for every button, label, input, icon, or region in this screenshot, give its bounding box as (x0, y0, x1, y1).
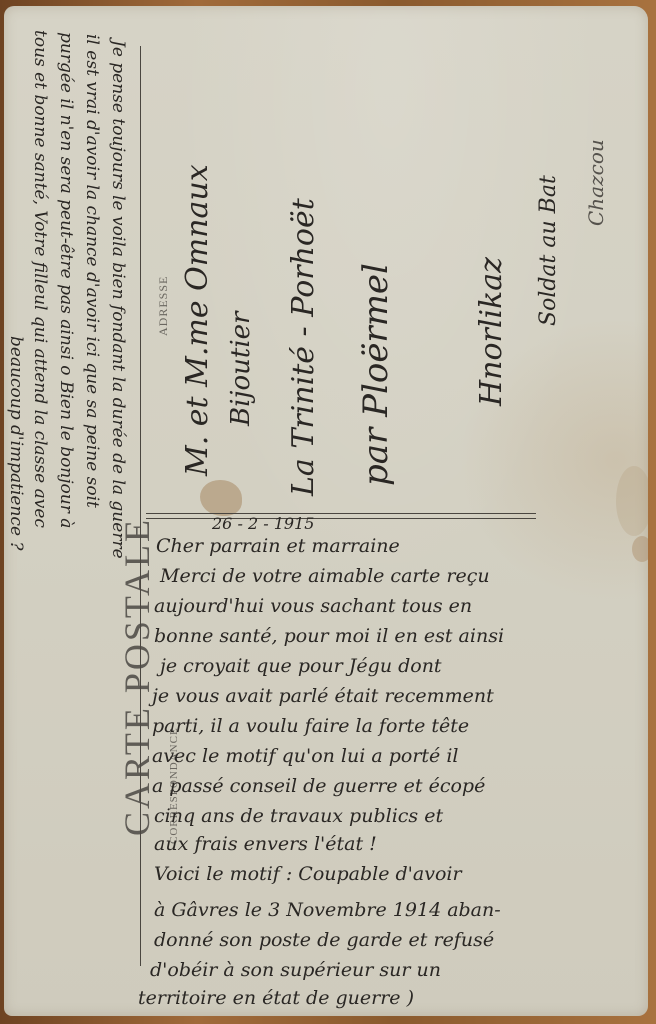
margin-text-line: tous et bonne santé, Votre filleul qui a… (30, 30, 50, 528)
horizontal-divider (146, 518, 536, 519)
message-line: d'obéir à son supérieur sur un (150, 958, 441, 982)
message-line: je vous avait parlé était recemment (152, 684, 494, 708)
message-line: donné son poste de garde et refusé (154, 928, 494, 952)
sender-line-3: Chazcou (584, 139, 608, 226)
address-label: ADRESSE (156, 276, 171, 336)
message-line: Voici le motif : Coupable d'avoir (154, 862, 462, 886)
address-line-3: La Trinité - Porhoët (286, 198, 321, 496)
margin-text-line: Je pense toujours le voila bien fondant … (108, 40, 128, 559)
message-line: a passé conseil de guerre et écopé (152, 774, 485, 798)
margin-text-line: beaucoup d'impatience ? (6, 336, 26, 551)
message-line: aux frais envers l'état ! (154, 832, 377, 856)
message-line: Merci de votre aimable carte reçu (160, 564, 490, 588)
postcard: Je pense toujours le voila bien fondant … (4, 6, 648, 1016)
message-date: 26 - 2 - 1915 (212, 514, 314, 533)
message-line: parti, il a voulu faire la forte tête (152, 714, 469, 738)
message-line: je croyait que pour Jégu dont (160, 654, 442, 678)
sender-line-1: Hnorlikaz (474, 257, 509, 406)
message-line: aujourd'hui vous sachant tous en (154, 594, 472, 618)
message-line: à Gâvres le 3 Novembre 1914 aban- (154, 898, 501, 922)
vertical-divider (140, 46, 141, 966)
paper-stain (632, 536, 648, 562)
address-line-2: Bijoutier (226, 312, 256, 426)
margin-text-line: il est vrai d'avoir la chance d'avoir ic… (82, 34, 102, 508)
message-line: cinq ans de travaux publics et (154, 804, 443, 828)
address-line-1: M. et M.me Omnaux (180, 164, 215, 476)
message-line: territoire en état de guerre ) (138, 986, 414, 1010)
paper-stain (200, 480, 242, 516)
sender-line-2: Soldat au Bat (536, 175, 561, 326)
paper-stain (616, 466, 648, 536)
margin-text-line: purgée il n'en sera peut-être pas ainsi … (56, 32, 76, 528)
message-line: Cher parrain et marraine (156, 534, 400, 558)
message-line: avec le motif qu'on lui a porté il (152, 744, 458, 768)
address-line-4: par Ploërmel (356, 263, 396, 486)
horizontal-divider (146, 513, 536, 514)
message-line: bonne santé, pour moi il en est ainsi (154, 624, 504, 648)
